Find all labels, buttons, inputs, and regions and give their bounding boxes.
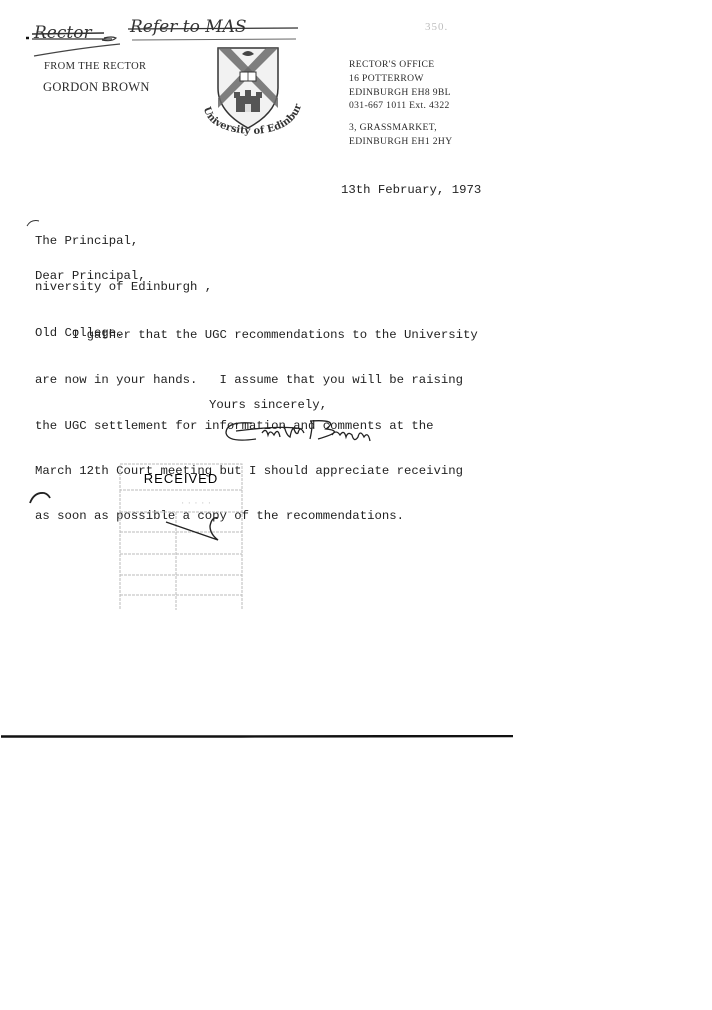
university-crest-icon: University of Edinburgh <box>198 42 308 140</box>
address-line: 3, GRASSMARKET, <box>349 121 452 135</box>
pen-mark <box>28 490 52 504</box>
body-line: I gather that the UGC recommendations to… <box>35 328 478 343</box>
body-line: are now in your hands. I assume that you… <box>35 373 478 388</box>
recipient-line: The Principal, <box>35 234 212 249</box>
closing: Yours sincerely, <box>209 398 327 412</box>
stamp-label: RECEIVED <box>144 471 218 486</box>
page-edge-rule <box>1 735 513 738</box>
routing-note: Refer to MAS <box>129 17 247 37</box>
address-line: EDINBURGH EH8 9BL <box>349 86 451 100</box>
address-line: EDINBURGH EH1 2HY <box>349 135 452 149</box>
alt-address: 3, GRASSMARKET, EDINBURGH EH1 2HY <box>349 121 452 149</box>
pen-mark <box>26 219 40 227</box>
from-name: GORDON BROWN <box>43 80 150 95</box>
address-line: 16 POTTERROW <box>349 72 451 86</box>
office-address: RECTOR'S OFFICE 16 POTTERROW EDINBURGH E… <box>349 58 451 113</box>
received-stamp: RECEIVED · · · · · <box>118 460 246 630</box>
archive-number: 350. <box>425 21 448 33</box>
signature: Gordon Brown <box>222 413 437 453</box>
from-label: FROM THE RECTOR <box>44 61 146 72</box>
body-line: March 12th Court meeting but I should ap… <box>35 464 478 479</box>
letter-date: 13th February, 1973 <box>341 183 481 197</box>
address-line: RECTOR'S OFFICE <box>349 58 451 72</box>
address-line: 031-667 1011 Ext. 4322 <box>349 99 451 113</box>
svg-text:· · · · ·: · · · · · <box>181 497 212 509</box>
salutation: Dear Principal, <box>35 269 146 283</box>
body-line: as soon as possible a copy of the recomm… <box>35 509 478 524</box>
